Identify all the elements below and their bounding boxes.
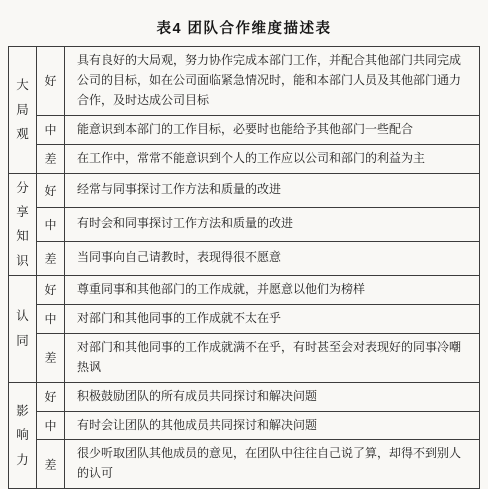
- table-row: 中 对部门和其他同事的工作成就不太在乎: [9, 304, 480, 333]
- description-cell: 积极鼓励团队的所有成员共同探讨和解决问题: [65, 382, 480, 396]
- rating-cell: 好: [37, 173, 65, 207]
- rating-cell: 好: [37, 47, 65, 116]
- rating-cell: 好: [37, 276, 65, 305]
- category-cell: 影响力: [9, 382, 37, 396]
- description-cell: 经常与同事探讨工作方法和质量的改进: [65, 173, 480, 207]
- table-container: 大局观 好 具有良好的大局观，努力协作完成本部门工作，并配合其他部门共同完成公司…: [8, 46, 480, 396]
- description-cell: 对部门和其他同事的工作成就不太在乎: [65, 304, 480, 333]
- team-cooperation-table: 大局观 好 具有良好的大局观，努力协作完成本部门工作，并配合其他部门共同完成公司…: [8, 46, 480, 396]
- category-cell: 分享知识: [9, 173, 37, 276]
- description-cell: 有时会和同事探讨工作方法和质量的改进: [65, 207, 480, 241]
- table-row: 大局观 好 具有良好的大局观，努力协作完成本部门工作，并配合其他部门共同完成公司…: [9, 47, 480, 116]
- rating-cell: 差: [37, 241, 65, 275]
- description-cell: 在工作中，常常不能意识到个人的工作应以公司和部门的利益为主: [65, 144, 480, 173]
- table-row: 差 对部门和其他同事的工作成就满不在乎，有时甚至会对表现好的同事冷嘲热讽: [9, 333, 480, 382]
- table-row: 分享知识 好 经常与同事探讨工作方法和质量的改进: [9, 173, 480, 207]
- description-cell: 当同事向自己请教时，表现得很不愿意: [65, 241, 480, 275]
- rating-cell: 差: [37, 144, 65, 173]
- rating-cell: 好: [37, 382, 65, 396]
- table-row: 中 能意识到本部门的工作目标，必要时也能给予其他部门一些配合: [9, 115, 480, 144]
- rating-cell: 差: [37, 333, 65, 382]
- table-row: 中 有时会和同事探讨工作方法和质量的改进: [9, 207, 480, 241]
- table-row: 差 在工作中，常常不能意识到个人的工作应以公司和部门的利益为主: [9, 144, 480, 173]
- rating-cell: 中: [37, 207, 65, 241]
- category-cell: 大局观: [9, 47, 37, 174]
- description-cell: 对部门和其他同事的工作成就满不在乎，有时甚至会对表现好的同事冷嘲热讽: [65, 333, 480, 382]
- description-cell: 能意识到本部门的工作目标，必要时也能给予其他部门一些配合: [65, 115, 480, 144]
- table-row: 认同 好 尊重同事和其他部门的工作成就，并愿意以他们为榜样: [9, 276, 480, 305]
- category-cell: 认同: [9, 276, 37, 383]
- description-cell: 尊重同事和其他部门的工作成就，并愿意以他们为榜样: [65, 276, 480, 305]
- description-cell: 具有良好的大局观，努力协作完成本部门工作，并配合其他部门共同完成公司的目标，如在…: [65, 47, 480, 116]
- rating-cell: 中: [37, 304, 65, 333]
- rating-cell: 中: [37, 115, 65, 144]
- table-row: 影响力 好 积极鼓励团队的所有成员共同探讨和解决问题: [9, 382, 480, 396]
- page-title: 表4 团队合作维度描述表: [0, 0, 488, 38]
- table-row: 差 当同事向自己请教时，表现得很不愿意: [9, 241, 480, 275]
